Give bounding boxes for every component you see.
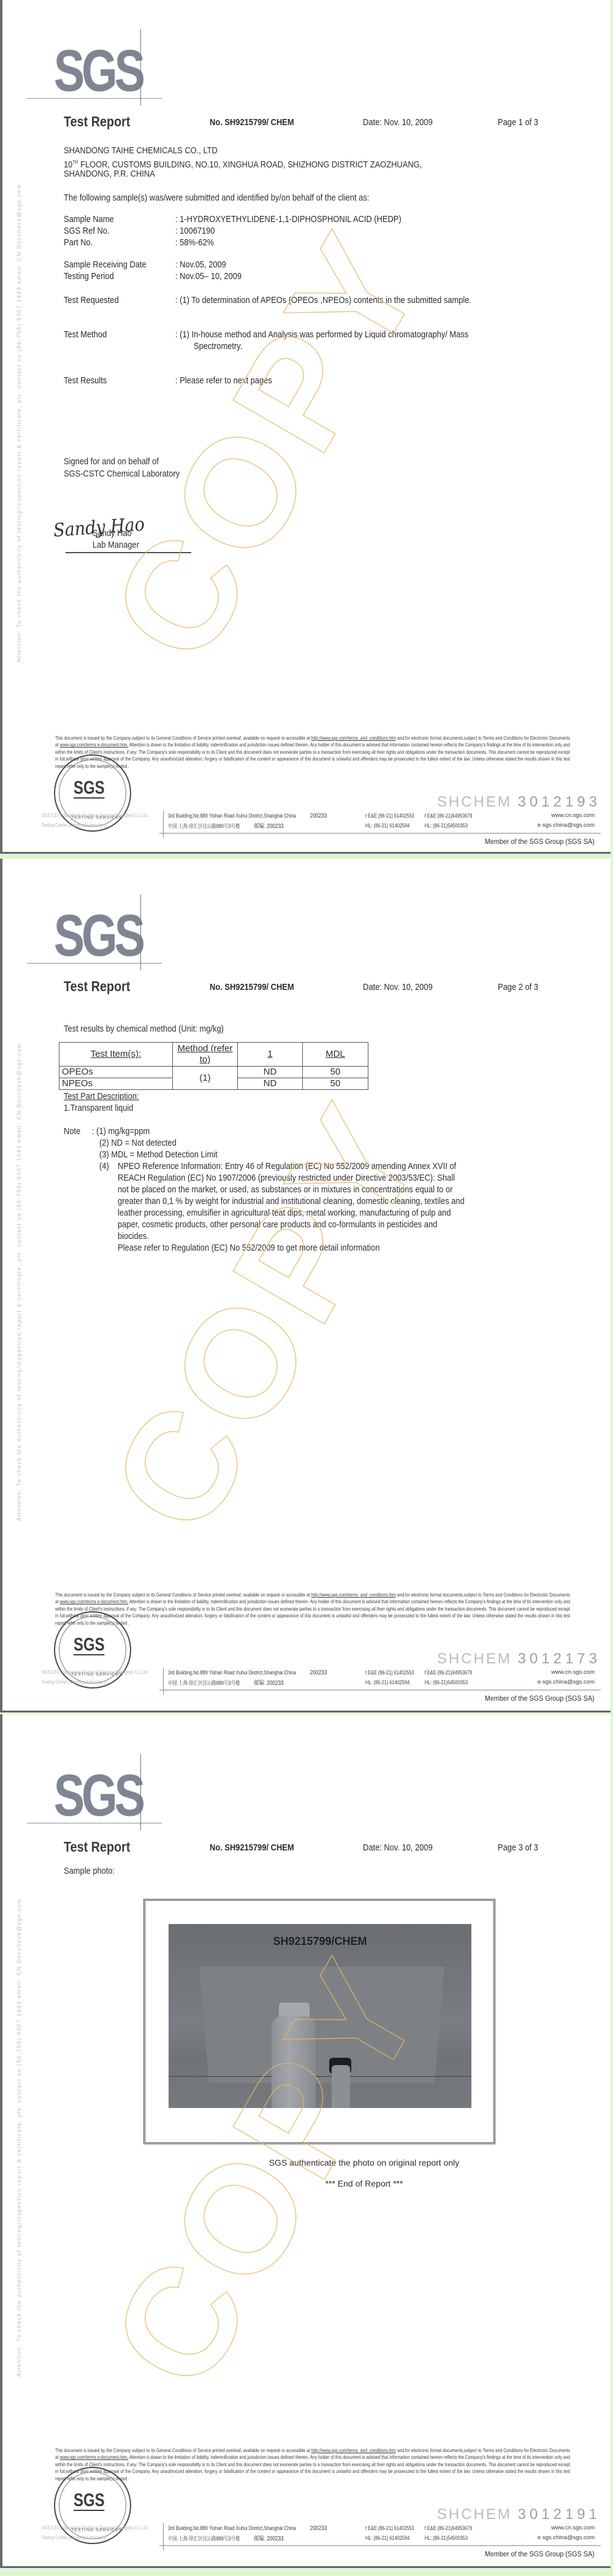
floor-suffix: TH bbox=[72, 159, 78, 165]
e-document-terms-link[interactable]: www.sgs.com/terms e-document.htm. bbox=[59, 2454, 128, 2460]
terms-link[interactable]: http://www.sgs.com/terms_and_conditions.… bbox=[311, 1592, 396, 1598]
address-en: 3rd Building,No.889 Yishan Road Xuhui Di… bbox=[168, 1669, 296, 1676]
address-cn: 中国·上海·徐汇区宜山路889号3号楼 bbox=[168, 2536, 240, 2542]
note-3: (3) MDL = Method Detection Limit bbox=[99, 1149, 218, 1160]
photo-backdrop bbox=[199, 1967, 444, 2083]
company-name: SGS-CSTC Standards Technical Services(Sh… bbox=[42, 1668, 148, 1687]
results-table: Test Item(s): Method (refer to) 1 MDL OP… bbox=[59, 1042, 368, 1090]
field-label-part-no: Part No. bbox=[64, 237, 93, 248]
company-line: SGS-CSTC Standards Technical Services(Sh… bbox=[42, 811, 148, 821]
table-row: OPEOs (1) ND 50 bbox=[59, 1067, 368, 1078]
intro-text: The following sample(s) was/were submitt… bbox=[64, 192, 369, 204]
field-label-sample-name: Sample Name bbox=[64, 214, 114, 224]
copy-watermark: COPY bbox=[76, 204, 458, 689]
doc-code-digits: 3012193 bbox=[518, 794, 601, 810]
website-link[interactable]: www.cn.sgs.com bbox=[538, 811, 595, 821]
report-date: Date: Nov. 10, 2009 bbox=[363, 982, 433, 992]
field-label-test-method: Test Method bbox=[64, 329, 107, 340]
phone-hl: HL: (86-21) 61402594 bbox=[365, 2533, 425, 2543]
website-link[interactable]: www.cn.sgs.com bbox=[538, 1668, 595, 1677]
note-4-number: (4) bbox=[99, 1160, 109, 1172]
report-number: No. SH9215799/ CHEM bbox=[210, 117, 294, 128]
footer-divider bbox=[163, 1668, 164, 1695]
logo-rule bbox=[27, 963, 162, 964]
logo-rule bbox=[27, 1823, 162, 1823]
logo-rule bbox=[27, 98, 162, 99]
sample-bottle bbox=[272, 2016, 316, 2108]
footer-divider bbox=[163, 2523, 164, 2550]
legal-text: This document is issued by the Company s… bbox=[55, 735, 311, 741]
postal-code: 200233 bbox=[310, 2524, 327, 2534]
website-link[interactable]: www.cn.sgs.com bbox=[538, 2523, 595, 2533]
part-description: 1.Transparent liquid bbox=[64, 1102, 134, 1114]
phone-ee: t E&E (86-21) 61402553 bbox=[365, 811, 425, 821]
phone-ee: t E&E (86-21) 61402553 bbox=[365, 1668, 425, 1677]
photo-shelf-edge bbox=[169, 2076, 471, 2077]
report-title: Test Report bbox=[64, 978, 130, 995]
email-link[interactable]: e sgs.china@sgs.com bbox=[538, 2533, 595, 2543]
report-header: Test Report No. SH9215799/ CHEM Date: No… bbox=[64, 113, 566, 138]
web-contact: www.cn.sgs.com e sgs.china@sgs.com bbox=[538, 1668, 595, 1687]
cell-item: OPEOs bbox=[59, 1067, 173, 1078]
logo-rule-vertical bbox=[140, 894, 141, 970]
report-page-1: SGS Test Report No. SH9215799/ CHEM Date… bbox=[0, 0, 611, 854]
page-footer: This document is issued by the Company s… bbox=[2, 1592, 611, 1708]
field-value-part-no: : 58%-62% bbox=[175, 237, 214, 248]
cell-result: ND bbox=[238, 1078, 303, 1090]
field-value-test-requested: : (1) To determination of APEOs (OPEOs ,… bbox=[175, 295, 471, 305]
end-of-report: *** End of Report *** bbox=[2, 2178, 611, 2190]
col-mdl: MDL bbox=[303, 1043, 368, 1067]
company-line: Testing Center (Chemical Laboratory) bbox=[42, 821, 148, 830]
field-value-receiving-date: : Nov.05, 2009 bbox=[175, 259, 226, 270]
address-cn: 中国·上海·徐汇区宜山路889号3号楼 bbox=[168, 1680, 240, 1686]
field-value-test-method-cont: Spectrometry. bbox=[194, 341, 242, 351]
footer-rule bbox=[159, 833, 601, 834]
legal-text: Attention is drawn to the limitation of … bbox=[55, 2454, 570, 2481]
sgs-group-member: Member of the SGS Group (SGS SA) bbox=[485, 837, 595, 846]
field-value-sample-name: : 1-HYDROXYETHYLIDENE-1,1-DIPHOSPHONIL A… bbox=[175, 214, 402, 224]
doc-code-digits: 3012191 bbox=[518, 2506, 601, 2523]
sgs-logo-text: SGS bbox=[54, 907, 142, 965]
phone-ee: t E&E (86-21) 61402553 bbox=[365, 2523, 425, 2533]
phone-hl: HL: (86-21) 61402594 bbox=[365, 821, 425, 830]
report-number: No. SH9215799/ CHEM bbox=[210, 982, 294, 992]
field-value-test-method: : (1) In-house method and Analysis was p… bbox=[175, 329, 468, 340]
cell-mdl: 50 bbox=[303, 1067, 368, 1078]
part-description-heading: Test Part Description: bbox=[64, 1091, 139, 1102]
document-code: SHCHEM 3012173 bbox=[437, 1650, 601, 1668]
page-footer: This document is issued by the Company s… bbox=[2, 2447, 611, 2564]
signing-lab: SGS-CSTC Chemical Laboratory bbox=[64, 468, 180, 480]
sgs-logo-text: SGS bbox=[54, 1766, 142, 1825]
office-address: 3rd Building,No.889 Yishan Road Xuhui Di… bbox=[168, 811, 327, 832]
footer-divider bbox=[163, 811, 164, 838]
field-label-test-results: Test Results bbox=[64, 375, 107, 386]
cell-item: NPEOs bbox=[59, 1078, 173, 1090]
document-code: SHCHEM 3012193 bbox=[437, 794, 601, 811]
page-number: Page 3 of 3 bbox=[498, 1842, 538, 1853]
page-number: Page 2 of 3 bbox=[498, 982, 538, 992]
company-line: Testing Center (Chemical Laboratory) bbox=[42, 1677, 148, 1687]
legal-text: This document is issued by the Company s… bbox=[55, 1592, 311, 1598]
company-line: SGS-CSTC Standards Technical Services(Sh… bbox=[42, 2523, 148, 2533]
authenticity-side-notice: Attention: To check the authenticity of … bbox=[16, 1898, 22, 2377]
field-value-sgs-ref: : 10067190 bbox=[175, 226, 215, 236]
document-code: SHCHEM 3012191 bbox=[437, 2506, 601, 2523]
client-name: SHANDONG TAIHE CHEMICALS CO., LTD bbox=[64, 145, 218, 156]
stamp-logo: SGS bbox=[74, 779, 105, 799]
doc-code-digits: 3012173 bbox=[518, 1650, 601, 1667]
doc-code-prefix: SHCHEM bbox=[437, 2506, 512, 2523]
col-method: Method (refer to) bbox=[173, 1043, 238, 1067]
sample-photo: SH9215799/CHEM bbox=[169, 1924, 471, 2108]
authenticity-side-notice: Attention: To check the authenticity of … bbox=[16, 1043, 22, 1521]
note-4-line: not be placed on the market, or used, as… bbox=[118, 1184, 452, 1195]
field-label-test-requested: Test Requested bbox=[64, 295, 119, 305]
sample-photo-label: Sample photo: bbox=[64, 1865, 115, 1877]
cell-mdl: 50 bbox=[303, 1078, 368, 1090]
signer-name: Sandy Hao bbox=[93, 527, 132, 539]
e-document-terms-link[interactable]: www.sgs.com/terms e-document.htm. bbox=[59, 742, 128, 748]
results-caption: Test results by chemical method (Unit: m… bbox=[64, 1023, 224, 1035]
contact-numbers: t E&E (86-21) 61402553f E&E (86-21)64953… bbox=[365, 811, 484, 830]
email-link[interactable]: e sgs.china@sgs.com bbox=[538, 821, 595, 830]
legal-text: Attention is drawn to the limitation of … bbox=[55, 1598, 570, 1625]
legal-disclaimer: This document is issued by the Company s… bbox=[55, 735, 570, 770]
signature-line bbox=[66, 552, 191, 553]
stamp-logo: SGS bbox=[74, 2491, 105, 2511]
col-test-items: Test Item(s): bbox=[59, 1043, 173, 1067]
address-en: 3rd Building,No.889 Yishan Road Xuhui Di… bbox=[168, 813, 296, 819]
terms-link[interactable]: http://www.sgs.com/terms_and_conditions.… bbox=[311, 735, 396, 741]
note-4-reference: Please refer to Regulation (EC) No 552/2… bbox=[118, 1242, 379, 1254]
address-en: 3rd Building,No.889 Yishan Road Xuhui Di… bbox=[168, 2525, 296, 2531]
sgs-logo: SGS bbox=[51, 1766, 143, 1828]
note-4-line: NPEO Reference Information: Entry 46 of … bbox=[118, 1160, 456, 1172]
sgs-group-member: Member of the SGS Group (SGS SA) bbox=[485, 1694, 595, 1703]
note-label: Note bbox=[64, 1125, 80, 1137]
email-link[interactable]: e sgs.china@sgs.com bbox=[538, 1677, 595, 1687]
report-header: Test Report No. SH9215799/ CHEM Date: No… bbox=[64, 1839, 566, 1863]
report-number: No. SH9215799/ CHEM bbox=[210, 1842, 294, 1853]
stamp-logo: SGS bbox=[74, 1636, 105, 1655]
authenticity-side-notice: Attention: To check the authenticity of … bbox=[16, 184, 22, 662]
report-header: Test Report No. SH9215799/ CHEM Date: No… bbox=[64, 978, 566, 1003]
contact-numbers: t E&E (86-21) 61402553f E&E (86-21)64953… bbox=[365, 1668, 484, 1687]
logo-rule-vertical bbox=[140, 29, 141, 105]
footer-rule bbox=[159, 2545, 601, 2546]
company-line: SGS-CSTC Standards Technical Services(Sh… bbox=[42, 1668, 148, 1677]
note-4-line: greater than 0,1 % by weight for industr… bbox=[118, 1195, 465, 1207]
company-name: SGS-CSTC Standards Technical Services(Sh… bbox=[42, 2523, 148, 2543]
sample-photo-frame: SH9215799/CHEM bbox=[143, 1899, 495, 2144]
sgs-logo: SGS bbox=[51, 907, 143, 968]
sample-vial bbox=[332, 2065, 350, 2108]
fax-ee: f E&E (86-21)64953679 bbox=[425, 811, 484, 821]
photo-authentication-note: SGS authenticate the photo on original r… bbox=[2, 2157, 611, 2169]
photo-sample-id: SH9215799/CHEM bbox=[169, 1935, 471, 1948]
company-line: Testing Center (Chemical Laboratory) bbox=[42, 2533, 148, 2543]
company-name: SGS-CSTC Standards Technical Services(Sh… bbox=[42, 811, 148, 830]
postal-code-cn: 邮编: 200233 bbox=[254, 822, 283, 832]
address-cn: 中国·上海·徐汇区宜山路889号3号楼 bbox=[168, 823, 240, 829]
field-label-testing-period: Testing Period bbox=[64, 271, 114, 282]
report-date: Date: Nov. 10, 2009 bbox=[363, 1842, 433, 1853]
page-footer: This document is issued by the Company s… bbox=[2, 735, 611, 851]
note-4-line: biocides. bbox=[118, 1230, 149, 1242]
note-1: : (1) mg/kg=ppm bbox=[92, 1125, 150, 1137]
signer-title: Lab Manager bbox=[93, 539, 139, 551]
fax-ee: f E&E (86-21)64953679 bbox=[425, 2523, 484, 2533]
office-address: 3rd Building,No.889 Yishan Road Xuhui Di… bbox=[168, 1668, 327, 1689]
field-value-testing-period: : Nov.05– 10, 2009 bbox=[175, 271, 242, 282]
field-label-sgs-ref: SGS Ref No. bbox=[64, 226, 110, 236]
sgs-logo-text: SGS bbox=[54, 42, 142, 101]
legal-disclaimer: This document is issued by the Company s… bbox=[55, 2447, 570, 2482]
contact-numbers: t E&E (86-21) 61402553f E&E (86-21)64953… bbox=[365, 2523, 484, 2543]
note-2: (2) ND = Not detected bbox=[99, 1137, 177, 1149]
note-4-line: leather processing, emulsifier in agricu… bbox=[118, 1207, 451, 1219]
postal-code-cn: 邮编: 200233 bbox=[254, 1679, 283, 1689]
report-page-2: SGS Test Report No. SH9215799/ CHEM Date… bbox=[0, 859, 611, 1712]
note-4-line: paper, cosmetic products, other personal… bbox=[118, 1219, 437, 1230]
legal-text: Attention is drawn to the limitation of … bbox=[55, 742, 570, 769]
sgs-group-member: Member of the SGS Group (SGS SA) bbox=[485, 2550, 595, 2558]
logo-rule-vertical bbox=[140, 1754, 141, 1830]
report-date: Date: Nov. 10, 2009 bbox=[363, 117, 433, 128]
signed-on-behalf: Signed for and on behalf of bbox=[64, 456, 159, 467]
fax-hl: HL: (86-21)54500353 bbox=[425, 821, 484, 830]
report-title: Test Report bbox=[64, 113, 130, 130]
postal-code-cn: 邮编: 200233 bbox=[254, 2534, 283, 2544]
field-label-receiving-date: Sample Receiving Date bbox=[64, 259, 147, 270]
col-sample-1: 1 bbox=[238, 1043, 303, 1067]
legal-disclaimer: This document is issued by the Company s… bbox=[55, 1592, 570, 1627]
phone-hl: HL: (86-21) 61402594 bbox=[365, 1677, 425, 1687]
note-4-line: REACH Regulation (EC) No 1907/2006 (prev… bbox=[118, 1172, 455, 1184]
cell-result: ND bbox=[238, 1067, 303, 1078]
e-document-terms-link[interactable]: www.sgs.com/terms e-document.htm. bbox=[59, 1598, 128, 1604]
page-number: Page 1 of 3 bbox=[498, 117, 538, 128]
fax-hl: HL: (86-21)54500353 bbox=[425, 2533, 484, 2543]
office-address: 3rd Building,No.889 Yishan Road Xuhui Di… bbox=[168, 2523, 327, 2544]
report-page-3: SGS Test Report No. SH9215799/ CHEM Date… bbox=[0, 1714, 611, 2568]
client-address-line2: SHANDONG, P.R. CHINA bbox=[64, 168, 155, 180]
field-value-test-results: : Please refer to next pages bbox=[175, 375, 272, 386]
footer-rule bbox=[159, 1690, 601, 1690]
report-title: Test Report bbox=[64, 1839, 130, 1855]
sgs-logo: SGS bbox=[51, 42, 143, 103]
web-contact: www.cn.sgs.com e sgs.china@sgs.com bbox=[538, 811, 595, 830]
legal-text: This document is issued by the Company s… bbox=[55, 2447, 311, 2453]
fax-hl: HL: (86-21)54500353 bbox=[425, 1677, 484, 1687]
doc-code-prefix: SHCHEM bbox=[437, 1650, 512, 1667]
terms-link[interactable]: http://www.sgs.com/terms_and_conditions.… bbox=[311, 2447, 396, 2453]
fax-ee: f E&E (86-21)64953679 bbox=[425, 1668, 484, 1677]
table-header-row: Test Item(s): Method (refer to) 1 MDL bbox=[59, 1043, 368, 1067]
postal-code: 200233 bbox=[310, 1668, 327, 1678]
doc-code-prefix: SHCHEM bbox=[437, 794, 512, 810]
postal-code: 200233 bbox=[310, 811, 327, 821]
web-contact: www.cn.sgs.com e sgs.china@sgs.com bbox=[538, 2523, 595, 2543]
cell-method: (1) bbox=[173, 1067, 238, 1090]
